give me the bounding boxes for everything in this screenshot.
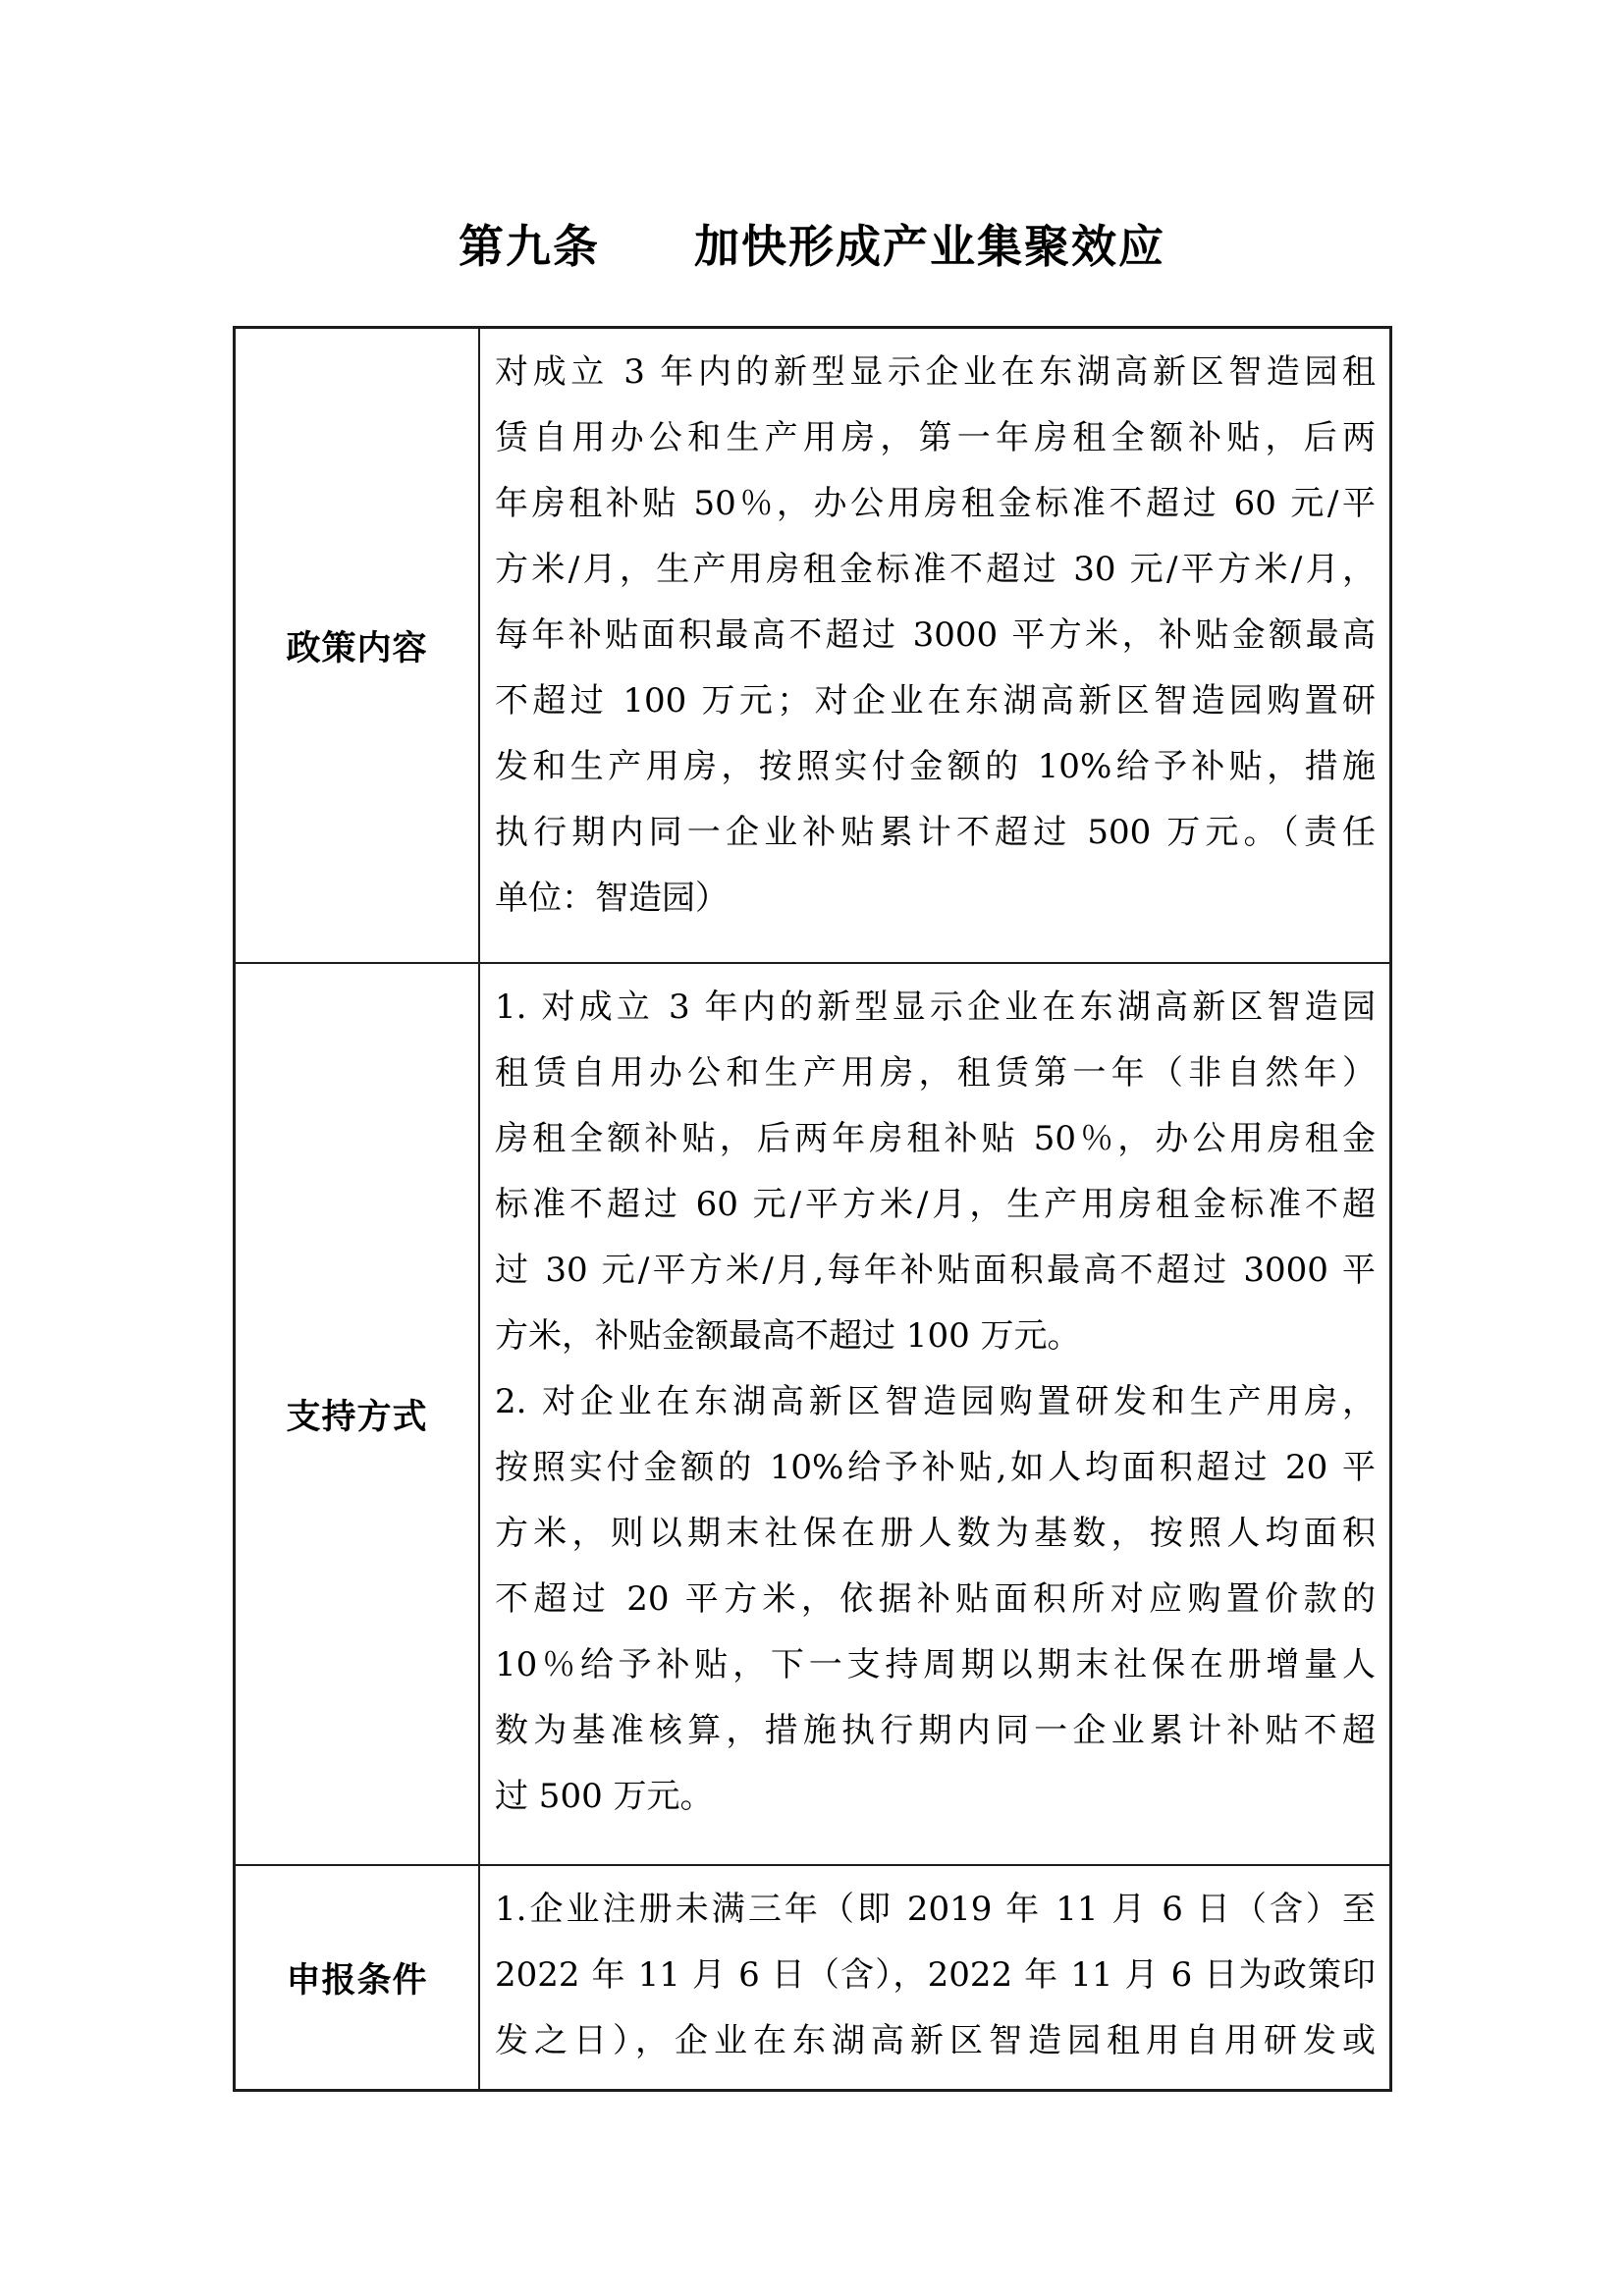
text-line: 房租全额补贴，后两年房租补贴 50％，办公用房租金 bbox=[495, 1106, 1376, 1172]
row-label-application-conditions: 申报条件 bbox=[235, 1865, 480, 2091]
text-line: 对成立 3 年内的新型显示企业在东湖高新区智造园租 bbox=[495, 340, 1376, 405]
text-line: 执行期内同一企业补贴累计不超过 500 万元。（责任 bbox=[495, 800, 1376, 866]
section-title: 第九条 加快形成产业集聚效应 bbox=[0, 218, 1624, 275]
text-line: 标准不超过 60 元/平方米/月，生产用房租金标准不超 bbox=[495, 1172, 1376, 1238]
text-line: 2022 年 11 月 6 日（含），2022 年 11 月 6 日为政策印 bbox=[495, 1943, 1376, 2008]
text-line: 不超过 20 平方米，依据补贴面积所对应购置价款的 bbox=[495, 1567, 1376, 1632]
text-line: 方米，补贴金额最高不超过 100 万元。 bbox=[495, 1304, 1376, 1369]
row-label-policy-content: 政策内容 bbox=[235, 328, 480, 964]
text-line: 租赁自用办公和生产用房，租赁第一年（非自然年） bbox=[495, 1041, 1376, 1106]
text-line: 过 500 万元。 bbox=[495, 1764, 1376, 1830]
table-row-application-conditions: 申报条件 1.企业注册未满三年（即 2019 年 11 月 6 日（含）至202… bbox=[235, 1865, 1391, 2091]
table-row-support-method: 支持方式 1. 对成立 3 年内的新型显示企业在东湖高新区智造园租赁自用办公和生… bbox=[235, 963, 1391, 1865]
table-row-policy-content: 政策内容 对成立 3 年内的新型显示企业在东湖高新区智造园租赁自用办公和生产用房… bbox=[235, 328, 1391, 964]
row-content-policy-content: 对成立 3 年内的新型显示企业在东湖高新区智造园租赁自用办公和生产用房，第一年房… bbox=[479, 328, 1391, 964]
text-line: 10％给予补贴，下一支持周期以期末社保在册增量人 bbox=[495, 1632, 1376, 1698]
text-line: 发和生产用房，按照实付金额的 10%给予补贴，措施 bbox=[495, 734, 1376, 800]
text-line: 方米，则以期末社保在册人数为基数，按照人均面积 bbox=[495, 1501, 1376, 1567]
text-line: 发之日），企业在东湖高新区智造园租用自用研发或 bbox=[495, 2008, 1376, 2074]
text-line: 2. 对企业在东湖高新区智造园购置研发和生产用房， bbox=[495, 1369, 1376, 1435]
text-line: 过 30 元/平方米/月,每年补贴面积最高不超过 3000 平 bbox=[495, 1238, 1376, 1304]
row-content-support-method: 1. 对成立 3 年内的新型显示企业在东湖高新区智造园租赁自用办公和生产用房，租… bbox=[479, 963, 1391, 1865]
document-page: 第九条 加快形成产业集聚效应 政策内容 对成立 3 年内的新型显示企业在东湖高新… bbox=[0, 0, 1624, 2296]
text-line: 年房租补贴 50％，办公用房租金标准不超过 60 元/平 bbox=[495, 471, 1376, 537]
text-line: 1.企业注册未满三年（即 2019 年 11 月 6 日（含）至 bbox=[495, 1877, 1376, 1943]
text-line: 每年补贴面积最高不超过 3000 平方米，补贴金额最高 bbox=[495, 603, 1376, 668]
text-line: 赁自用办公和生产用房，第一年房租全额补贴，后两 bbox=[495, 405, 1376, 471]
row-content-application-conditions: 1.企业注册未满三年（即 2019 年 11 月 6 日（含）至2022 年 1… bbox=[479, 1865, 1391, 2091]
row-label-support-method: 支持方式 bbox=[235, 963, 480, 1865]
text-line: 单位：智造园） bbox=[495, 866, 1376, 932]
text-line: 方米/月，生产用房租金标准不超过 30 元/平方米/月， bbox=[495, 537, 1376, 603]
policy-table: 政策内容 对成立 3 年内的新型显示企业在东湖高新区智造园租赁自用办公和生产用房… bbox=[233, 326, 1392, 2092]
text-line: 不超过 100 万元；对企业在东湖高新区智造园购置研 bbox=[495, 668, 1376, 734]
text-line: 1. 对成立 3 年内的新型显示企业在东湖高新区智造园 bbox=[495, 975, 1376, 1041]
text-line: 数为基准核算，措施执行期内同一企业累计补贴不超 bbox=[495, 1698, 1376, 1764]
text-line: 按照实付金额的 10%给予补贴,如人均面积超过 20 平 bbox=[495, 1435, 1376, 1501]
